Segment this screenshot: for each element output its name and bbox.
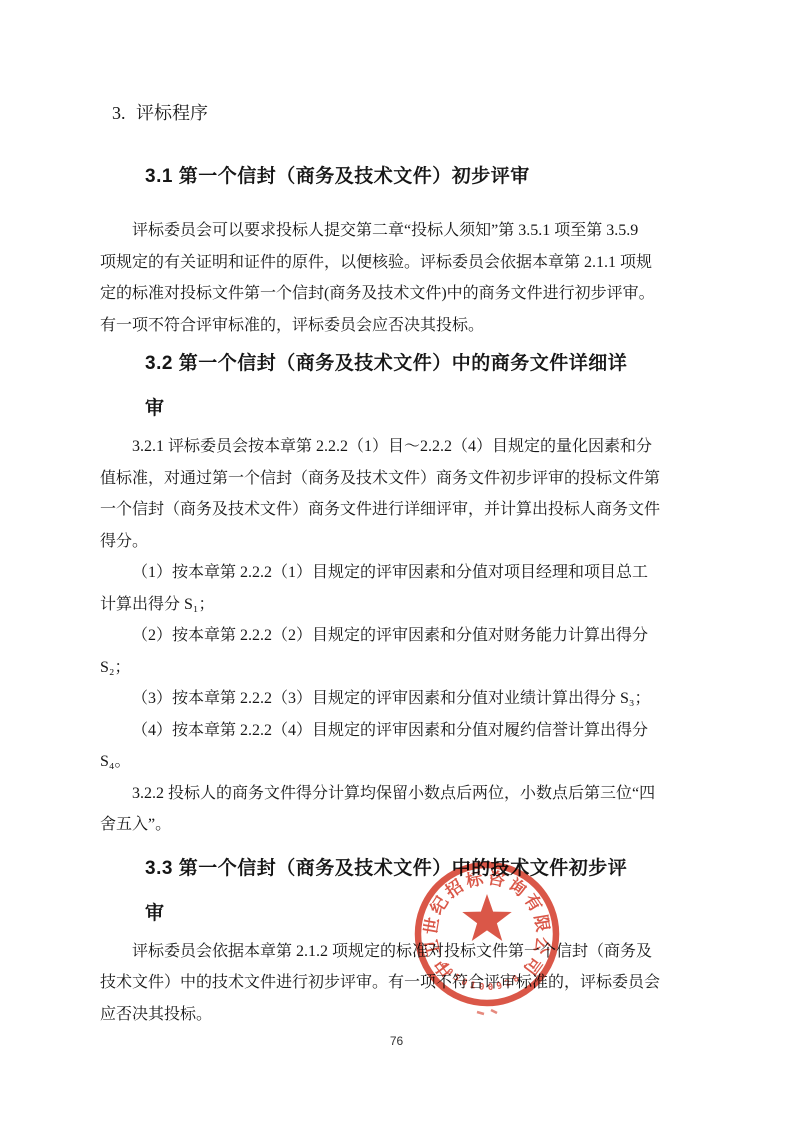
list-item-2: （2）按本章第 2.2.2（2）目规定的评审因素和分值对财务能力计算出得分 S₂… bbox=[100, 620, 713, 683]
page-number: 76 bbox=[0, 1034, 793, 1048]
section-title: 3. 评标程序 bbox=[112, 100, 713, 126]
list-item-3: （3）按本章第 2.2.2（3）目规定的评审因素和分值对业绩计算出得分 S₃； bbox=[100, 683, 713, 715]
heading-3-2: 3.2 第一个信封（商务及技术文件）中的商务文件详细详 审 bbox=[100, 341, 713, 431]
list-item-1: （1）按本章第 2.2.2（1）目规定的评审因素和分值对项目经理和项目总工 计算… bbox=[100, 557, 713, 620]
list-item-4: （4）按本章第 2.2.2（4）目规定的评审因素和分值对履约信誉计算出得分 S₄… bbox=[100, 715, 713, 778]
seal-smudge bbox=[477, 1010, 497, 1014]
heading-3-1: 3.1 第一个信封（商务及技术文件）初步评审 bbox=[100, 154, 713, 199]
company-seal-stamp: 中卫世纪招标咨询有限公司 4050100928 bbox=[402, 849, 572, 1019]
paragraph-3-2-1: 3.2.1 评标委员会按本章第 2.2.2（1）目～2.2.2（4）目规定的量化… bbox=[100, 431, 713, 557]
document-page: 3. 评标程序 3.1 第一个信封（商务及技术文件）初步评审 评标委员会可以要求… bbox=[0, 0, 793, 1122]
paragraph-3-2-2: 3.2.2 投标人的商务文件得分计算均保留小数点后两位，小数点后第三位“四 舍五… bbox=[100, 778, 713, 841]
paragraph-3-1: 评标委员会可以要求投标人提交第二章“投标人须知”第 3.5.1 项至第 3.5.… bbox=[100, 215, 713, 341]
star-icon bbox=[462, 894, 511, 941]
